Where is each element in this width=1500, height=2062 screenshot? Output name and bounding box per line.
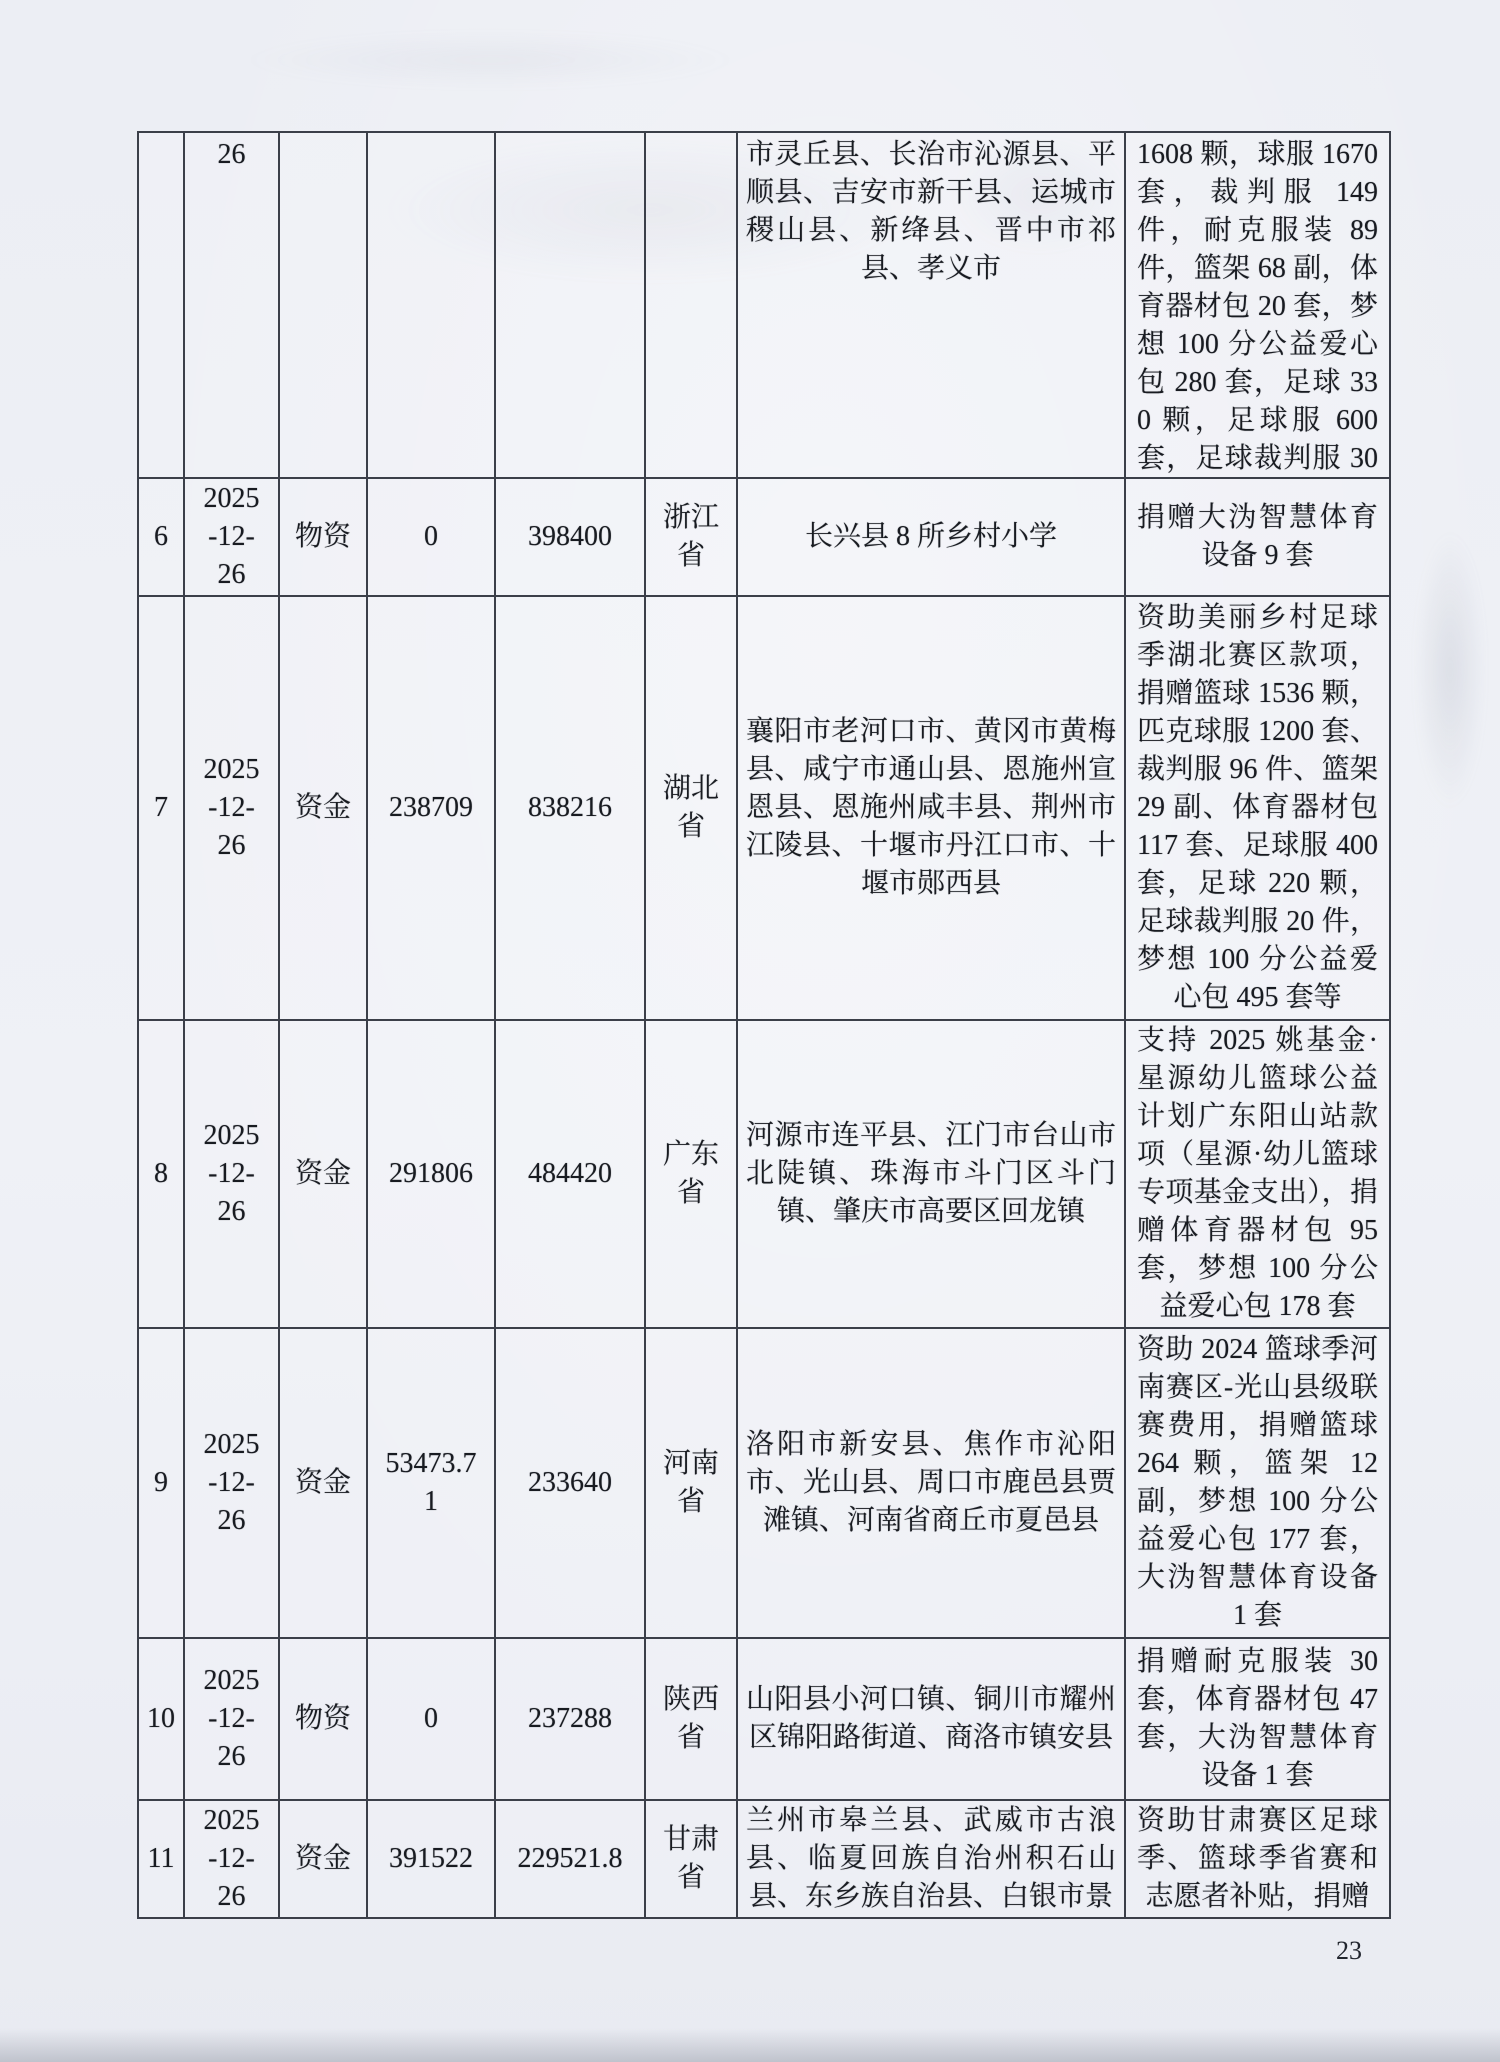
table-row: 10 2025-12-26 物资 0 237288 陕西省 山阳县小河口镇、铜川…	[139, 1639, 1391, 1801]
cell-donation-details: 资助美丽乡村足球季湖北赛区款项，捐赠篮球 1536 颗，匹克球服 1200 套、…	[1126, 597, 1391, 1021]
cell-donation-type: 资金	[280, 597, 368, 1021]
cell-province: 浙江省	[646, 479, 738, 597]
cell-index: 10	[139, 1639, 185, 1801]
cell-recipient-areas: 山阳县小河口镇、铜川市耀州区锦阳路街道、商洛市镇安县	[738, 1639, 1126, 1801]
cell-amount-1	[368, 133, 496, 479]
cell-donation-type	[280, 133, 368, 479]
cell-donation-type: 资金	[280, 1021, 368, 1329]
cell-index: 7	[139, 597, 185, 1021]
cell-amount-1: 391522	[368, 1801, 496, 1919]
scan-artifact	[1415, 530, 1485, 810]
cell-amount-2: 838216	[496, 597, 646, 1021]
cell-date: 2025-12-26	[185, 1329, 280, 1639]
cell-donation-type: 资金	[280, 1329, 368, 1639]
cell-amount-2: 398400	[496, 479, 646, 597]
cell-amount-2: 484420	[496, 1021, 646, 1329]
cell-donation-details: 资助 2024 篮球季河南赛区-光山县级联赛费用，捐赠篮球 264 颗，篮架 1…	[1126, 1329, 1391, 1639]
cell-index: 11	[139, 1801, 185, 1919]
cell-amount-1: 238709	[368, 597, 496, 1021]
cell-amount-1: 0	[368, 479, 496, 597]
table-row: 8 2025-12-26 资金 291806 484420 广东省 河源市连平县…	[139, 1021, 1391, 1329]
cell-recipient-areas: 襄阳市老河口市、黄冈市黄梅县、咸宁市通山县、恩施州宣恩县、恩施州咸丰县、荆州市江…	[738, 597, 1126, 1021]
cell-amount-2: 229521.8	[496, 1801, 646, 1919]
cell-donation-type: 资金	[280, 1801, 368, 1919]
cell-recipient-areas: 长兴县 8 所乡村小学	[738, 479, 1126, 597]
cell-amount-1: 0	[368, 1639, 496, 1801]
cell-index: 9	[139, 1329, 185, 1639]
cell-province: 河南省	[646, 1329, 738, 1639]
cell-date: 26	[185, 133, 280, 479]
scan-artifact	[240, 30, 740, 90]
cell-donation-details: 资助甘肃赛区足球季、篮球季省赛和志愿者补贴，捐赠	[1126, 1801, 1391, 1919]
cell-recipient-areas: 市灵丘县、长治市沁源县、平顺县、吉安市新干县、运城市稷山县、新绛县、晋中市祁县、…	[738, 133, 1126, 479]
cell-amount-1: 53473.71	[368, 1329, 496, 1639]
cell-recipient-areas: 兰州市皋兰县、武威市古浪县、临夏回族自治州积石山县、东乡族自治县、白银市景	[738, 1801, 1126, 1919]
scan-edge-shadow	[0, 2028, 1500, 2062]
cell-province: 陕西省	[646, 1639, 738, 1801]
donations-table: 26 市灵丘县、长治市沁源县、平顺县、吉安市新干县、运城市稷山县、新绛县、晋中市…	[137, 131, 1391, 1919]
cell-date: 2025-12-26	[185, 1639, 280, 1801]
cell-donation-details: 捐赠大沩智慧体育设备 9 套	[1126, 479, 1391, 597]
cell-donation-details: 支持 2025 姚基金·星源幼儿篮球公益计划广东阳山站款项（星源·幼儿篮球专项基…	[1126, 1021, 1391, 1329]
cell-index: 8	[139, 1021, 185, 1329]
cell-index: 6	[139, 479, 185, 597]
cell-donation-details: 1608 颗，球服 1670 套，裁判服 149 件，耐克服装 89 件，篮架 …	[1126, 133, 1391, 479]
cell-recipient-areas: 河源市连平县、江门市台山市北陡镇、珠海市斗门区斗门镇、肇庆市高要区回龙镇	[738, 1021, 1126, 1329]
cell-recipient-areas: 洛阳市新安县、焦作市沁阳市、光山县、周口市鹿邑县贾滩镇、河南省商丘市夏邑县	[738, 1329, 1126, 1639]
cell-amount-2: 233640	[496, 1329, 646, 1639]
cell-province: 广东省	[646, 1021, 738, 1329]
cell-date: 2025-12-26	[185, 1801, 280, 1919]
table-row: 7 2025-12-26 资金 238709 838216 湖北省 襄阳市老河口…	[139, 597, 1391, 1021]
cell-province: 甘肃省	[646, 1801, 738, 1919]
cell-index	[139, 133, 185, 479]
cell-date: 2025-12-26	[185, 597, 280, 1021]
cell-amount-2: 237288	[496, 1639, 646, 1801]
cell-province: 湖北省	[646, 597, 738, 1021]
cell-donation-type: 物资	[280, 1639, 368, 1801]
cell-date: 2025-12-26	[185, 479, 280, 597]
cell-date: 2025-12-26	[185, 1021, 280, 1329]
table-row: 11 2025-12-26 资金 391522 229521.8 甘肃省 兰州市…	[139, 1801, 1391, 1919]
cell-donation-type: 物资	[280, 479, 368, 597]
table-row: 9 2025-12-26 资金 53473.71 233640 河南省 洛阳市新…	[139, 1329, 1391, 1639]
table-row: 6 2025-12-26 物资 0 398400 浙江省 长兴县 8 所乡村小学…	[139, 479, 1391, 597]
cell-amount-1: 291806	[368, 1021, 496, 1329]
page-number: 23	[1336, 1936, 1362, 1966]
cell-province	[646, 133, 738, 479]
table-row: 26 市灵丘县、长治市沁源县、平顺县、吉安市新干县、运城市稷山县、新绛县、晋中市…	[139, 133, 1391, 479]
cell-donation-details: 捐赠耐克服装 30 套，体育器材包 47 套，大沩智慧体育设备 1 套	[1126, 1639, 1391, 1801]
cell-amount-2	[496, 133, 646, 479]
